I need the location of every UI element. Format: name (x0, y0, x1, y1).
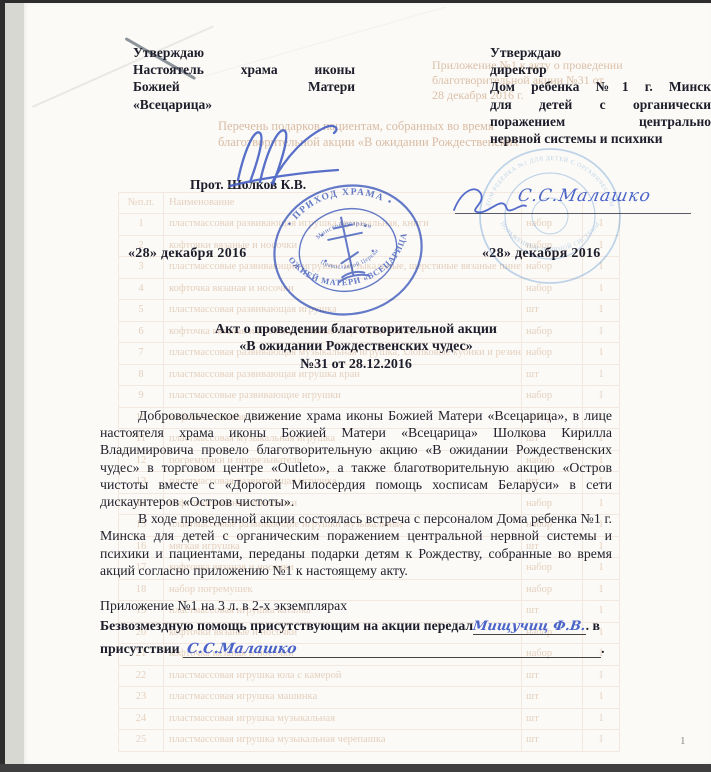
presence-handwritten-name: С.С.Малашко (185, 641, 297, 657)
document-body: Добровольческое движение храма иконы Бож… (100, 407, 612, 579)
approval-block-right: Утверждаю директор Дом ребенка №1 г. Мин… (490, 44, 711, 147)
bleed-table-row: 22пластмассовая игрушка юла с камеройшт1 (118, 666, 620, 688)
approve-word-right: Утверждаю (490, 44, 711, 61)
scan-edge-top (0, 0, 711, 3)
approval-block-left: Утверждаю Настоятель храма иконы Божией … (133, 44, 355, 113)
svg-text:ПОРАЖЕНИЕМ НЕРВНОЙ СИСТЕМЫ: ПОРАЖЕНИЕМ НЕРВНОЙ СИСТЕМЫ (499, 221, 602, 253)
director-stamp-bottom-text: ПОРАЖЕНИЕМ НЕРВНОЙ СИСТЕМЫ (499, 221, 602, 253)
paragraph-2: В ходе проведенной акции состоялась встр… (100, 510, 612, 579)
attachment-note: Приложение №1 на 3 л. в 2-х экземплярах (100, 598, 347, 614)
scan-edge-left (0, 0, 5, 772)
handover-handwritten-name: Мищучиц Ф.В. (472, 619, 587, 634)
handover-line: Безвозмездную помощь присутствующим на а… (100, 618, 680, 635)
presence-line: присутствии С.С.Малашко. (100, 641, 620, 658)
scanned-document: Приложение №1 к акту о проведении благот… (0, 0, 711, 772)
paragraph-1: Добровольческое движение храма иконы Бож… (100, 407, 612, 510)
bleed-table-row: 23пластмассовая игрушка машинкашт1 (118, 687, 620, 709)
page-number: 1 (680, 735, 686, 747)
document-title: Акт о проведении благотворительной акции… (100, 321, 612, 373)
date-left: «28» декабря 2016 (128, 246, 247, 262)
signature-rector (210, 120, 350, 192)
parish-stamp: • ПРИХОД ХРАМА • БОЖИЕЙ МАТЕРИ «ВСЕЦАРИЦ… (268, 178, 428, 322)
bleed-table-row: 9пластмассовые развивающие игрушкинабор1 (118, 386, 620, 408)
approve-word-left: Утверждаю (133, 44, 355, 61)
scan-edge-bottom (0, 764, 711, 772)
bleed-table-row: 25пластмассовая игрушка музыкальная чере… (118, 730, 620, 752)
director-signature-name: С.С.Малашко (516, 186, 652, 206)
bleed-table-row: 24пластмассовая игрушка музыкальнаяшт1 (118, 709, 620, 731)
